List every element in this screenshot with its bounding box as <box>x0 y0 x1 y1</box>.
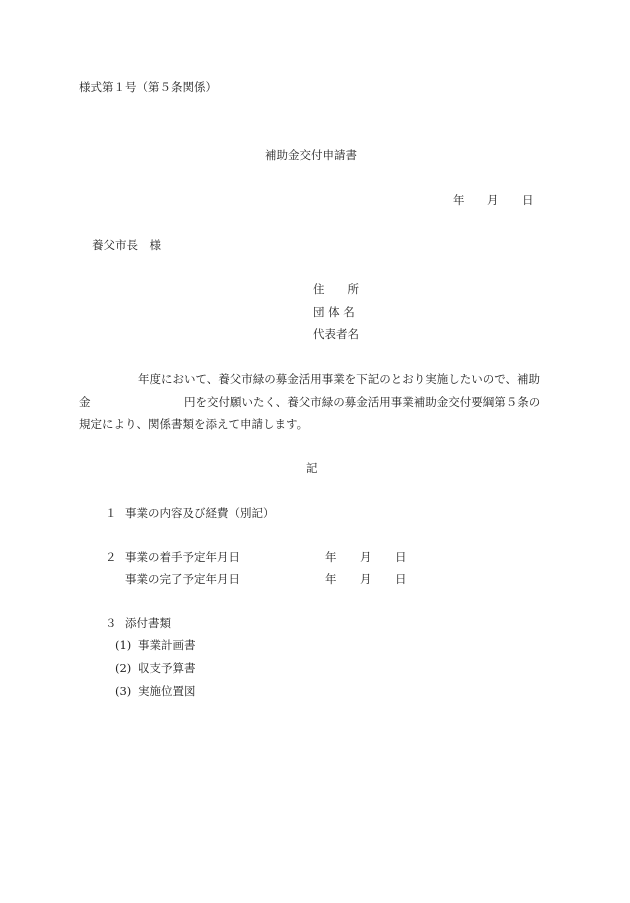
attachment-label: 実施位置図 <box>138 686 196 698</box>
attachment-number: (3) <box>115 686 131 698</box>
body-line-3: 規定により、関係書類を添えて申請します。 <box>79 419 308 431</box>
field-organization-label: 団 体 名 <box>313 307 355 319</box>
item-label: 事業の内容及び経費（別記） <box>125 508 275 520</box>
document-title: 補助金交付申請書 <box>265 150 357 162</box>
start-day: 日 <box>395 552 407 564</box>
body-line-2-prefix: 金 <box>79 397 91 409</box>
field-address-label: 住 所 <box>313 284 359 296</box>
item-number: ２ <box>105 552 117 564</box>
item-number: １ <box>105 508 117 520</box>
item-label: 事業の完了予定年月日 <box>125 574 240 586</box>
date-year: 年 <box>453 195 465 207</box>
item-number: ３ <box>105 618 117 630</box>
date-month: 月 <box>487 195 499 207</box>
start-year: 年 <box>325 552 337 564</box>
body-line-2: 円を交付願いたく、養父市緑の募金活用事業補助金交付要綱第５条の <box>184 397 540 409</box>
end-day: 日 <box>395 574 407 586</box>
item-label: 事業の着手予定年月日 <box>125 552 240 564</box>
item-label: 添付書類 <box>125 618 171 630</box>
start-month: 月 <box>360 552 372 564</box>
addressee: 養父市長 様 <box>92 240 161 252</box>
attachment-label: 収支予算書 <box>138 663 196 675</box>
end-month: 月 <box>360 574 372 586</box>
attachment-number: (1) <box>115 640 131 652</box>
attachment-label: 事業計画書 <box>138 640 196 652</box>
end-year: 年 <box>325 574 337 586</box>
attachment-number: (2) <box>115 663 131 675</box>
form-number: 様式第１号（第５条関係） <box>79 82 217 94</box>
date-day: 日 <box>522 195 534 207</box>
ki-heading: 記 <box>306 463 318 475</box>
field-representative-label: 代表者名 <box>313 329 359 341</box>
body-line-1: 年度において、養父市緑の募金活用事業を下記のとおり実施したいので、補助 <box>138 374 540 386</box>
